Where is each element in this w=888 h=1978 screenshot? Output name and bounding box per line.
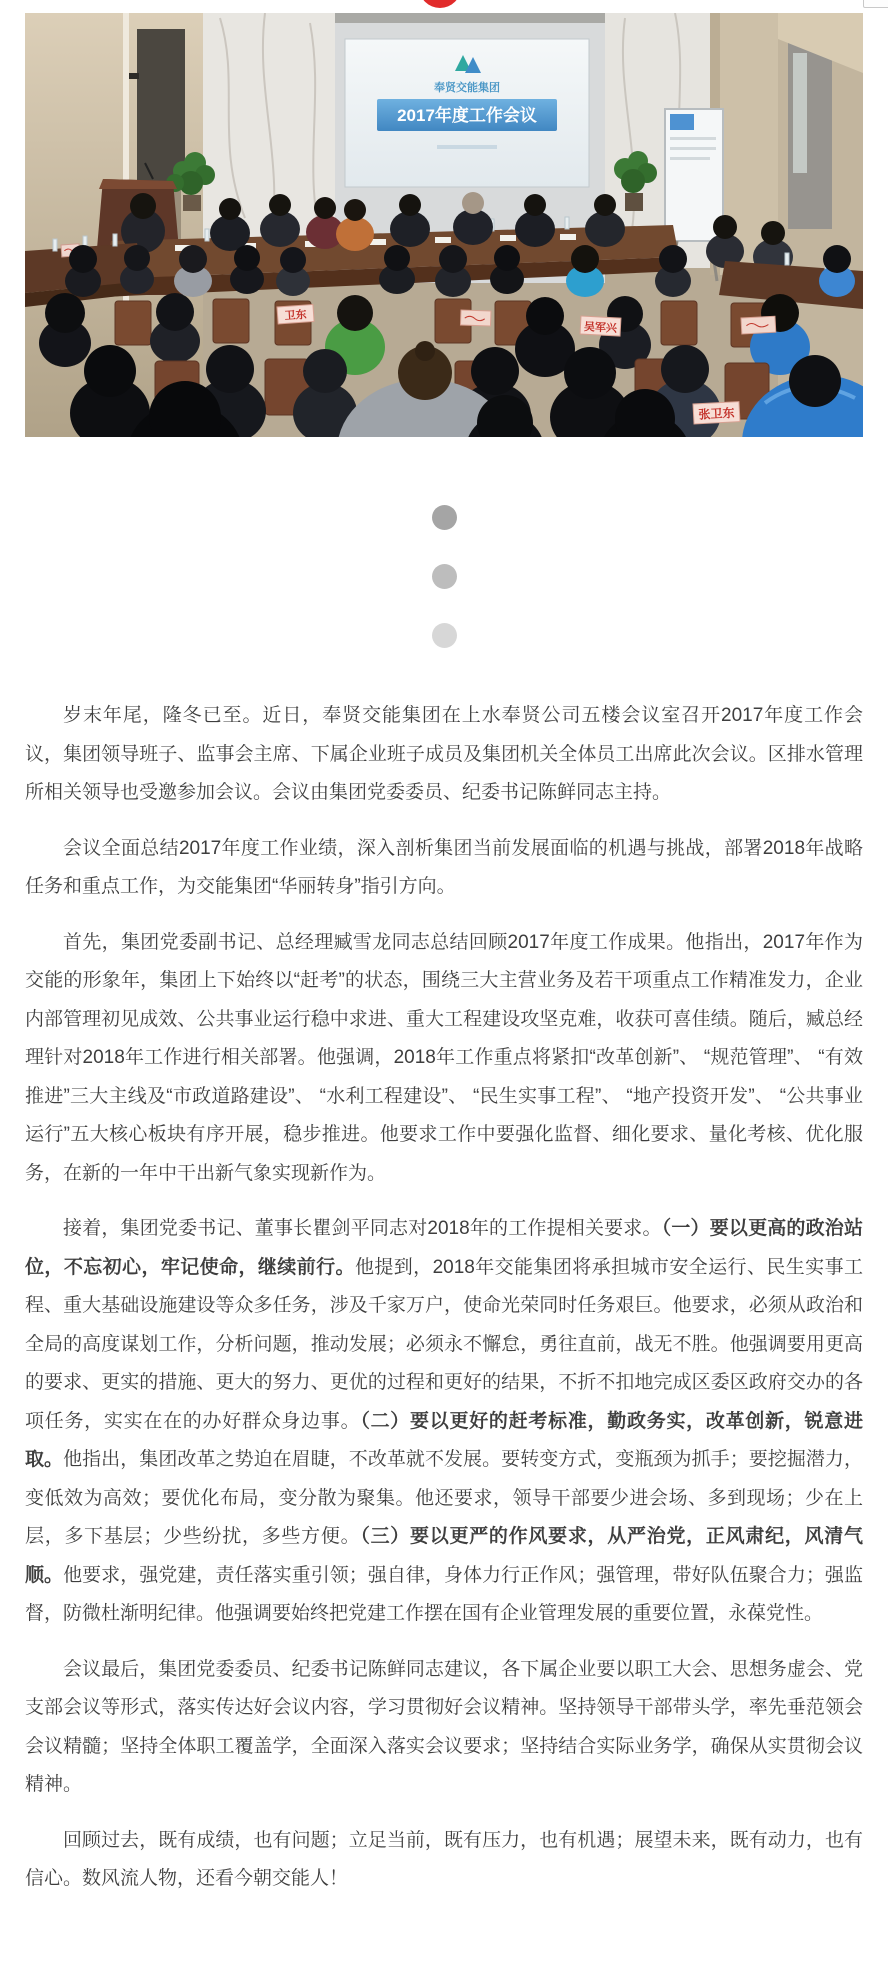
paragraph-segment: 回顾过去，既有成绩，也有问题；立足当前，既有压力，也有机遇；展望未来，既有动力，… bbox=[25, 1830, 863, 1890]
svg-text:张卫东: 张卫东 bbox=[698, 405, 735, 422]
name-card: 张卫东 bbox=[693, 402, 740, 424]
screen-org-text: 奉贤交能集团 bbox=[434, 80, 500, 94]
dot-3 bbox=[432, 623, 457, 648]
article-photo[interactable]: 奉贤交能集团 2017年度工作会议 bbox=[25, 13, 863, 437]
paragraph-segment: 他提到，2018年交能集团将承担城市安全运行、民生实事工程、重大基础设施建设等众… bbox=[25, 1257, 863, 1432]
dot-1 bbox=[432, 505, 457, 530]
svg-text:卫东: 卫东 bbox=[284, 307, 307, 323]
red-badge-decoration bbox=[419, 0, 461, 8]
name-card-blurred bbox=[741, 316, 776, 334]
article-body: 岁末年尾，隆冬已至。近日，奉贤交能集团在上水奉贤公司五楼会议室召开2017年度工… bbox=[0, 648, 888, 1899]
screen-title-text: 2017年度工作会议 bbox=[397, 105, 537, 125]
paragraph-segment: 会议最后，集团党委委员、纪委书记陈鲜同志建议，各下属企业要以职工大会、思想务虚会… bbox=[25, 1659, 863, 1796]
name-card: 卫东 bbox=[277, 304, 314, 323]
paragraph-segment: 会议全面总结2017年度工作业绩，深入剖析集团当前发展面临的机遇与挑战，部署20… bbox=[25, 838, 863, 898]
paragraph: 会议全面总结2017年度工作业绩，深入剖析集团当前发展面临的机遇与挑战，部署20… bbox=[25, 830, 863, 907]
meeting-room-illustration: 奉贤交能集团 2017年度工作会议 bbox=[25, 13, 863, 437]
paragraph: 首先，集团党委副书记、总经理臧雪龙同志总结回顾2017年度工作成果。他指出，20… bbox=[25, 924, 863, 1194]
paragraph: 接着，集团党委书记、董事长瞿剑平同志对2018年的工作提相关要求。（一）要以更高… bbox=[25, 1210, 863, 1634]
separator-dots bbox=[0, 437, 888, 648]
paragraph-segment: 首先，集团党委副书记、总经理臧雪龙同志总结回顾2017年度工作成果。他指出，20… bbox=[25, 932, 863, 1184]
paragraph-segment: 接着，集团党委书记、董事长瞿剑平同志对2018年的工作提相关要求。 bbox=[63, 1218, 662, 1239]
name-card-blurred bbox=[460, 310, 491, 326]
paragraph-segment: 他要求，强党建，责任落实重引领；强自律，身体力行正作风；强管理，带好队伍聚合力；… bbox=[25, 1565, 863, 1625]
name-card: 吴军兴 bbox=[580, 316, 621, 336]
paragraph: 岁末年尾，隆冬已至。近日，奉贤交能集团在上水奉贤公司五楼会议室召开2017年度工… bbox=[25, 697, 863, 813]
projection-screen: 奉贤交能集团 2017年度工作会议 bbox=[345, 39, 589, 187]
chairs-row-b bbox=[115, 299, 767, 347]
dot-2 bbox=[432, 564, 457, 589]
paragraph: 会议最后，集团党委委员、纪委书记陈鲜同志建议，各下属企业要以职工大会、思想务虚会… bbox=[25, 1651, 863, 1805]
corner-ui-fragment bbox=[863, 0, 888, 8]
paragraph-segment: 岁末年尾，隆冬已至。近日，奉贤交能集团在上水奉贤公司五楼会议室召开2017年度工… bbox=[25, 705, 863, 803]
paragraph: 回顾过去，既有成绩，也有问题；立足当前，既有压力，也有机遇；展望未来，既有动力，… bbox=[25, 1822, 863, 1899]
